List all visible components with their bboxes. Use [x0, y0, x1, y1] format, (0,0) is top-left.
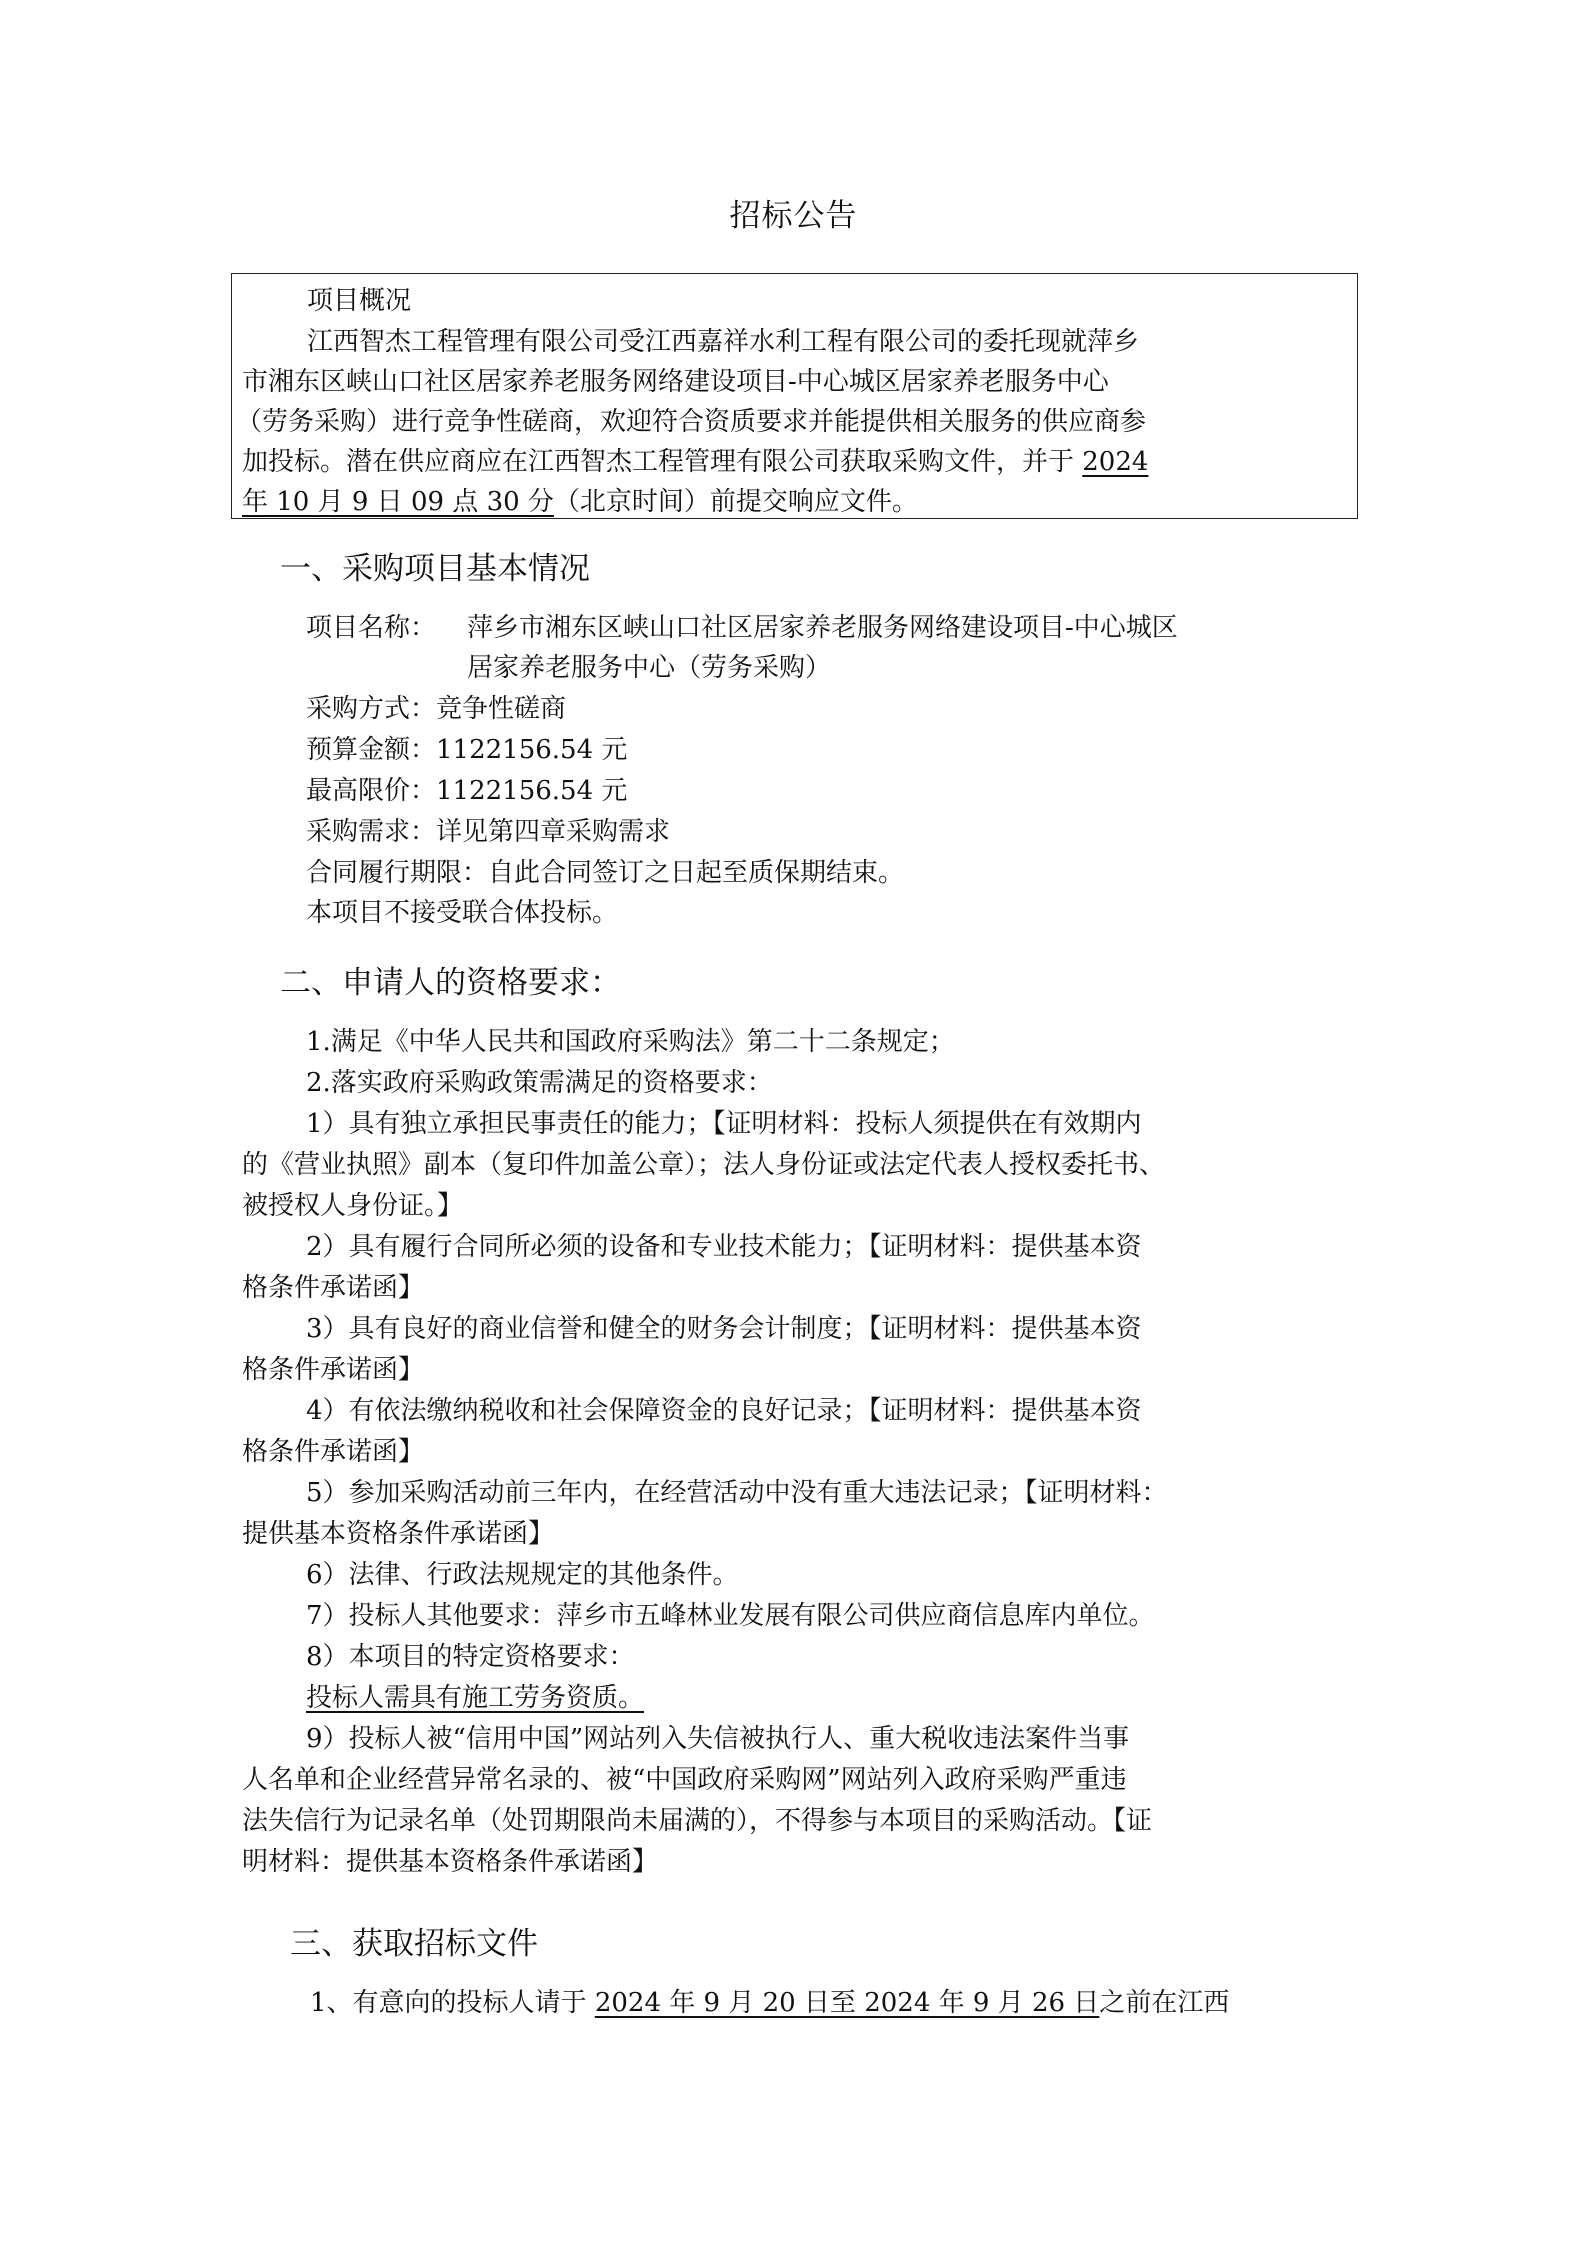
consortium-note: 本项目不接受联合体投标。: [306, 895, 618, 931]
qualification-line: 格条件承诺函】: [242, 1434, 424, 1470]
document-page: 招标公告 项目概况 江西智杰工程管理有限公司受江西嘉祥水利工程有限公司的委托现就…: [0, 0, 1587, 2245]
qualification-line: 2.落实政府采购政策需满足的资格要求：: [306, 1065, 773, 1101]
budget-amount: 预算金额：1122156.54 元: [306, 732, 627, 768]
qualification-line: 5）参加采购活动前三年内，在经营活动中没有重大违法记录；【证明材料：: [306, 1475, 1168, 1511]
deadline-line: 年 10 月 9 日 09 点 30 分（北京时间）前提交响应文件。: [242, 484, 918, 520]
deadline-date: 年 10 月 9 日 09 点 30 分: [242, 487, 554, 517]
project-name-label: 项目名称：: [306, 610, 436, 646]
qualification-line: 7）投标人其他要求：萍乡市五峰林业发展有限公司供应商信息库内单位。: [306, 1598, 1155, 1634]
overview-line-text: 加投标。潜在供应商应在江西智杰工程管理有限公司获取采购文件，并于: [242, 447, 1082, 477]
obtain-docs-dates: 2024 年 9 月 20 日至 2024 年 9 月 26 日: [595, 1988, 1100, 2018]
contract-period: 合同履行期限：自此合同签订之日起至质保期结束。: [306, 855, 904, 891]
overview-heading: 项目概况: [307, 283, 411, 319]
overview-line-with-date: 加投标。潜在供应商应在江西智杰工程管理有限公司获取采购文件，并于 2024: [242, 444, 1148, 480]
qualification-line: 格条件承诺函】: [242, 1352, 424, 1388]
qualification-line: 1.满足《中华人民共和国政府采购法》第二十二条规定；: [306, 1024, 955, 1060]
qualification-line: 被授权人身份证。】: [242, 1188, 463, 1224]
qualification-line: 1）具有独立承担民事责任的能力；【证明材料：投标人须提供在有效期内: [306, 1106, 1142, 1142]
obtain-docs-suffix: 之前在江西: [1099, 1988, 1229, 2018]
overview-line: 江西智杰工程管理有限公司受江西嘉祥水利工程有限公司的委托现就萍乡: [307, 324, 1139, 360]
deadline-suffix: （北京时间）前提交响应文件。: [554, 487, 918, 517]
qualification-line: 2）具有履行合同所必须的设备和专业技术能力；【证明材料：提供基本资: [306, 1229, 1142, 1265]
project-name-value-cont: 居家养老服务中心（劳务采购）: [467, 650, 831, 686]
qualification-line: 3）具有良好的商业信誉和健全的财务会计制度；【证明材料：提供基本资: [306, 1311, 1142, 1347]
qualification-line: 6）法律、行政法规规定的其他条件。: [306, 1557, 739, 1593]
section2-heading: 二、申请人的资格要求：: [280, 957, 621, 1002]
overview-line: （劳务采购）进行竞争性磋商，欢迎符合资质要求并能提供相关服务的供应商参: [236, 404, 1146, 440]
procurement-method: 采购方式：竞争性磋商: [306, 691, 566, 727]
max-price: 最高限价：1122156.54 元: [306, 773, 627, 809]
overview-line: 市湘东区峡山口社区居家养老服务网络建设项目-中心城区居家养老服务中心: [242, 364, 1109, 400]
qualification-line: 8）本项目的特定资格要求：: [306, 1639, 635, 1675]
qualification-line: 明材料：提供基本资格条件承诺函】: [242, 1844, 658, 1880]
qualification-line: 人名单和企业经营异常名录的、被“中国政府采购网”网站列入政府采购严重违: [242, 1762, 1127, 1798]
qualification-line: 法失信行为记录名单（处罚期限尚未届满的），不得参与本项目的采购活动。【证: [242, 1803, 1152, 1839]
qualification-line: 9）投标人被“信用中国”网站列入失信被执行人、重大税收违法案件当事: [306, 1721, 1129, 1757]
page-title: 招标公告: [0, 190, 1587, 235]
project-name-value: 萍乡市湘东区峡山口社区居家养老服务网络建设项目-中心城区: [467, 610, 1178, 646]
section1-heading: 一、采购项目基本情况: [280, 543, 590, 588]
qualification-line: 的《营业执照》副本（复印件加盖公章）；法人身份证或法定代表人授权委托书、: [242, 1147, 1165, 1183]
procurement-requirements: 采购需求：详见第四章采购需求: [306, 814, 670, 850]
obtain-docs-line: 1、有意向的投标人请于 2024 年 9 月 20 日至 2024 年 9 月 …: [310, 1985, 1229, 2021]
qualification-line: 格条件承诺函】: [242, 1270, 424, 1306]
qualification-line: 提供基本资格条件承诺函】: [242, 1516, 554, 1552]
section3-heading: 三、获取招标文件: [290, 1918, 538, 1963]
specific-qualification: 投标人需具有施工劳务资质。: [306, 1680, 644, 1716]
deadline-year: 2024: [1082, 447, 1148, 477]
qualification-line: 4）有依法缴纳税收和社会保障资金的良好记录；【证明材料：提供基本资: [306, 1393, 1142, 1429]
obtain-docs-prefix: 1、有意向的投标人请于: [310, 1988, 595, 2018]
